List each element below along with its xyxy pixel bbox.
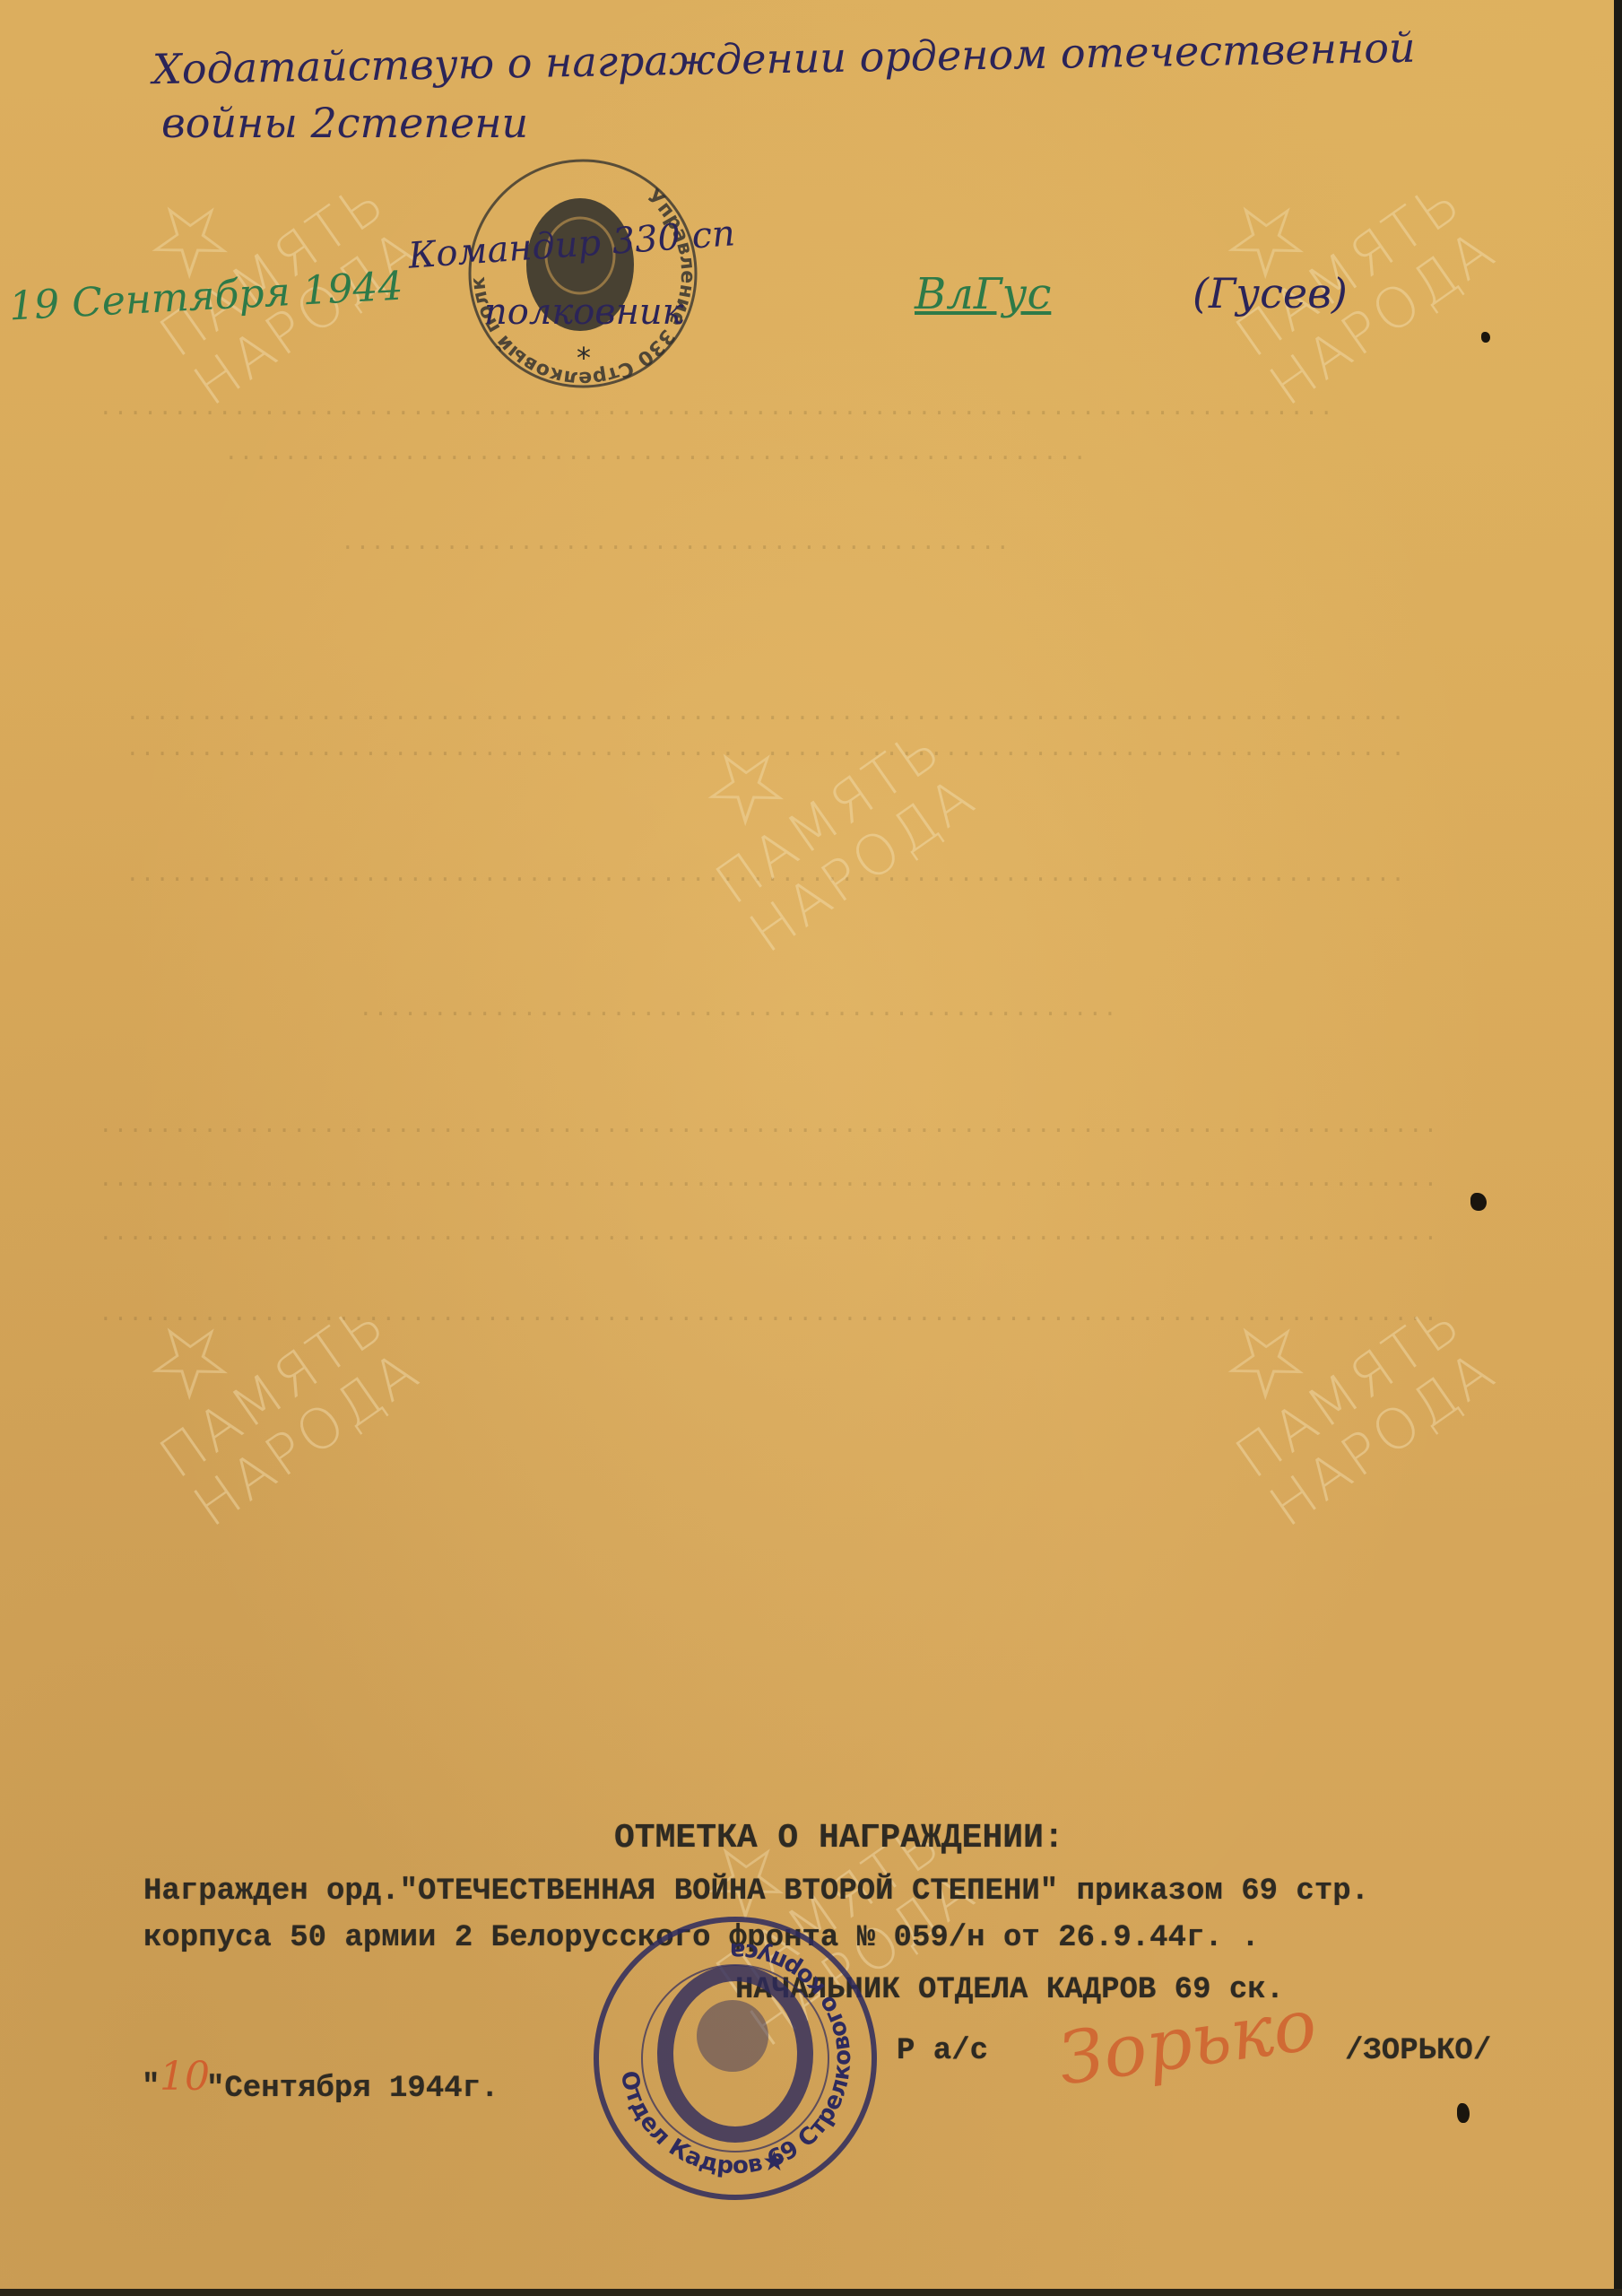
bleed-through-text: ........................................… <box>126 735 1406 762</box>
commander-signature: ВлГус <box>915 269 1051 319</box>
svg-text:*: * <box>577 341 591 375</box>
recommendation-line-2: войны 2степени <box>161 99 528 147</box>
scan-edge-right <box>1614 0 1622 2296</box>
award-date-day: 10 <box>160 2054 210 2100</box>
signer-surname: /ЗОРЬКО/ <box>1345 2034 1491 2068</box>
bleed-through-text: ........................................… <box>99 1220 1438 1247</box>
bleed-through-text: ........................................… <box>224 439 1088 466</box>
regiment-seal: Управление 330 Стрелковый полк * <box>462 152 704 395</box>
commander-name: (Гусев) <box>1193 269 1348 317</box>
bleed-through-text: ........................................… <box>359 996 1118 1022</box>
award-date-quote: " <box>142 2070 160 2104</box>
award-date: "Сентября 1944г. <box>206 2072 499 2106</box>
bleed-through-text: ........................................… <box>341 529 1010 556</box>
commander-rank: полковник <box>484 291 684 333</box>
bleed-through-text: ........................................… <box>99 1112 1438 1139</box>
bleed-through-text: ........................................… <box>99 1166 1438 1193</box>
award-note-title: ОТМЕТКА О НАГРАЖДЕНИИ: <box>614 1819 1064 1857</box>
award-note-line-1: Награжден орд."ОТЕЧЕСТВЕННАЯ ВОЙНА ВТОРО… <box>143 1874 1369 1909</box>
scan-edge-bottom <box>0 2289 1622 2296</box>
bleed-through-text: ........................................… <box>126 861 1406 888</box>
signer-rank: Р а/с <box>897 2034 988 2068</box>
bleed-through-text: ........................................… <box>99 1300 1438 1327</box>
svg-text:★: ★ <box>762 2146 786 2178</box>
paper-hole <box>1457 2103 1470 2123</box>
paper-hole <box>1470 1193 1487 1211</box>
personnel-department-seal: Отдел Кадров 69 Стрелкового корпуса ★ <box>587 1910 883 2206</box>
bleed-through-text: ........................................… <box>99 395 1334 422</box>
bleed-through-text: ........................................… <box>126 700 1406 726</box>
paper-hole <box>1481 332 1490 343</box>
